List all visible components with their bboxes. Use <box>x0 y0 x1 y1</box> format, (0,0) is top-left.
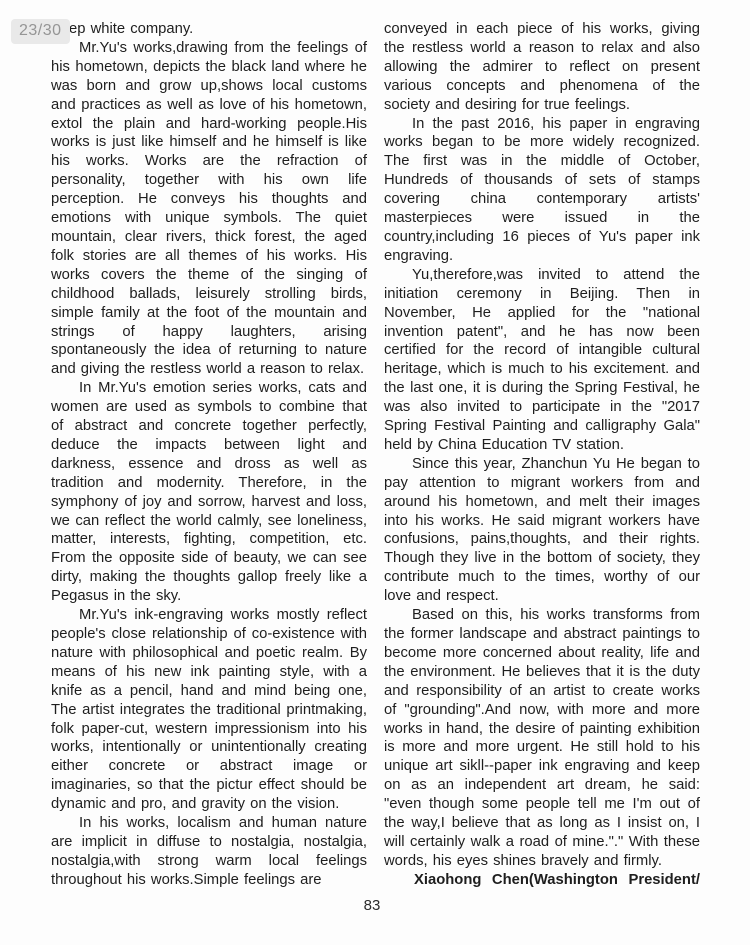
paragraph: Based on this, his works transforms from… <box>384 606 700 871</box>
left-column: ep white company. Mr.Yu's works,drawing … <box>51 20 367 892</box>
paragraph: Mr.Yu's ink-engraving works mostly refle… <box>51 606 367 814</box>
document-page: 23/30 ep white company. Mr.Yu's works,dr… <box>0 0 750 945</box>
right-column: conveyed in each piece of his works, giv… <box>384 20 700 892</box>
paragraph: Yu,therefore,was invited to attend the i… <box>384 266 700 455</box>
page-progress-badge: 23/30 <box>11 19 70 44</box>
paragraph-continuation: ep white company. <box>51 20 367 39</box>
paragraph: Since this year, Zhanchun Yu He began to… <box>384 455 700 606</box>
author-signature: Xiaohong Chen(Washington President/ Edie… <box>384 871 700 892</box>
paragraph: In the past 2016, his paper in engraving… <box>384 115 700 266</box>
page-number: 83 <box>0 897 744 914</box>
paragraph: Mr.Yu's works,drawing from the feelings … <box>51 39 367 379</box>
article-body: ep white company. Mr.Yu's works,drawing … <box>51 20 701 892</box>
paragraph-continuation: conveyed in each piece of his works, giv… <box>384 20 700 115</box>
paragraph: In Mr.Yu's emotion series works, cats an… <box>51 379 367 606</box>
paragraph: In his works, localism and human nature … <box>51 814 367 890</box>
